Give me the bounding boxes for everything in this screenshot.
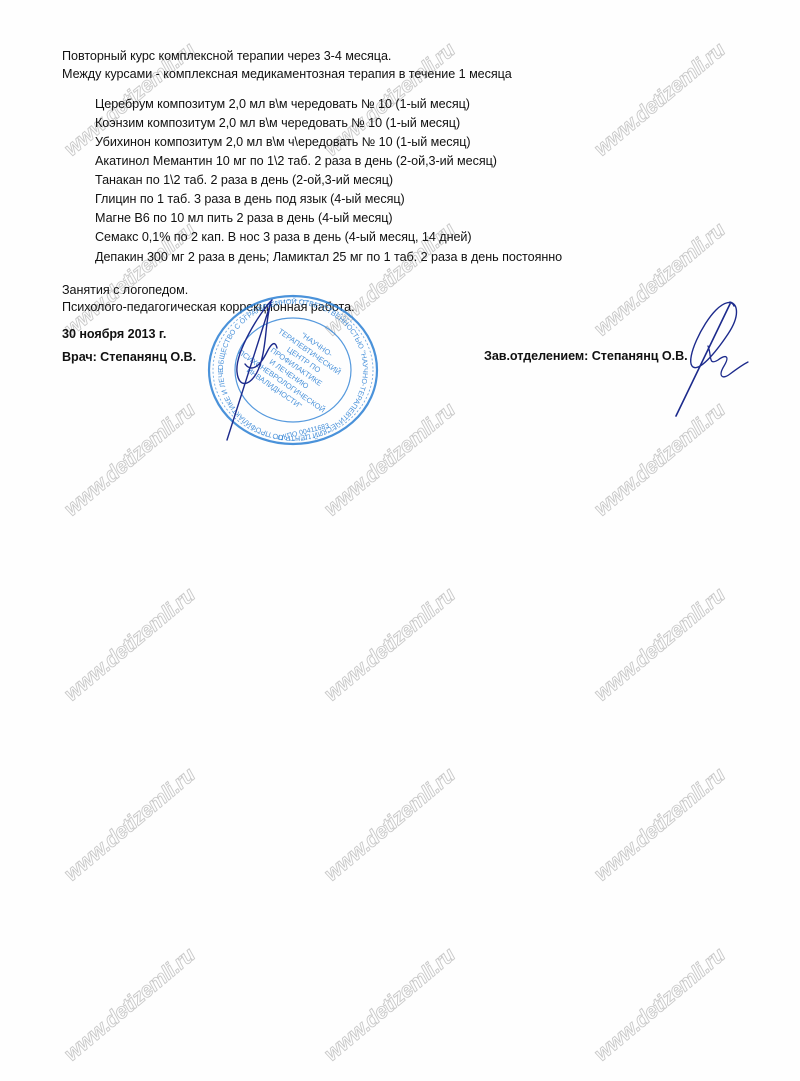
doctor-signature-label: Врач: Степанянц О.В.	[62, 349, 196, 365]
medication-item: Семакс 0,1% по 2 кап. В нос 3 раза в ден…	[95, 229, 472, 245]
watermark: www.detizemli.ru	[574, 929, 746, 1081]
document-date: 30 ноября 2013 г.	[62, 326, 166, 342]
watermark: www.detizemli.ru	[574, 24, 746, 176]
speech-therapy-text: Занятия с логопедом.	[62, 282, 188, 298]
watermark: www.detizemli.ru	[574, 569, 746, 721]
doctor-signature	[215, 292, 295, 452]
watermark: www.detizemli.ru	[44, 929, 216, 1081]
medication-item: Танакан по 1\2 таб. 2 раза в день (2-ой,…	[95, 172, 393, 188]
medication-item: Убихинон композитум 2,0 мл в\м ч\ередова…	[95, 134, 471, 150]
permanent-therapy-text: Депакин 300 мг 2 раза в день; Ламиктал 2…	[95, 249, 562, 265]
between-courses-text: Между курсами - комплексная медикаментоз…	[62, 66, 512, 82]
watermark: www.detizemli.ru	[304, 749, 476, 901]
medication-item: Магне В6 по 10 мл пить 2 раза в день (4-…	[95, 210, 393, 226]
watermark: www.detizemli.ru	[574, 749, 746, 901]
medication-item: Акатинол Мемантин 10 мг по 1\2 таб. 2 ра…	[95, 153, 497, 169]
head-of-department-label: Зав.отделением: Степанянц О.В.	[484, 348, 688, 364]
repeat-course-text: Повторный курс комплексной терапии через…	[62, 48, 391, 64]
watermark: www.detizemli.ru	[304, 929, 476, 1081]
medication-item: Глицин по 1 таб. 3 раза в день под язык …	[95, 191, 405, 207]
head-signature	[668, 296, 758, 421]
watermark: www.detizemli.ru	[44, 569, 216, 721]
medication-item: Коэнзим композитум 2,0 мл в\м чередовать…	[95, 115, 460, 131]
medication-item: Церебрум композитум 2,0 мл в\м чередоват…	[95, 96, 470, 112]
watermark: www.detizemli.ru	[304, 569, 476, 721]
document-page: www.detizemli.ru www.detizemli.ru www.de…	[0, 0, 800, 1081]
watermark: www.detizemli.ru	[44, 384, 216, 536]
watermark: www.detizemli.ru	[44, 749, 216, 901]
